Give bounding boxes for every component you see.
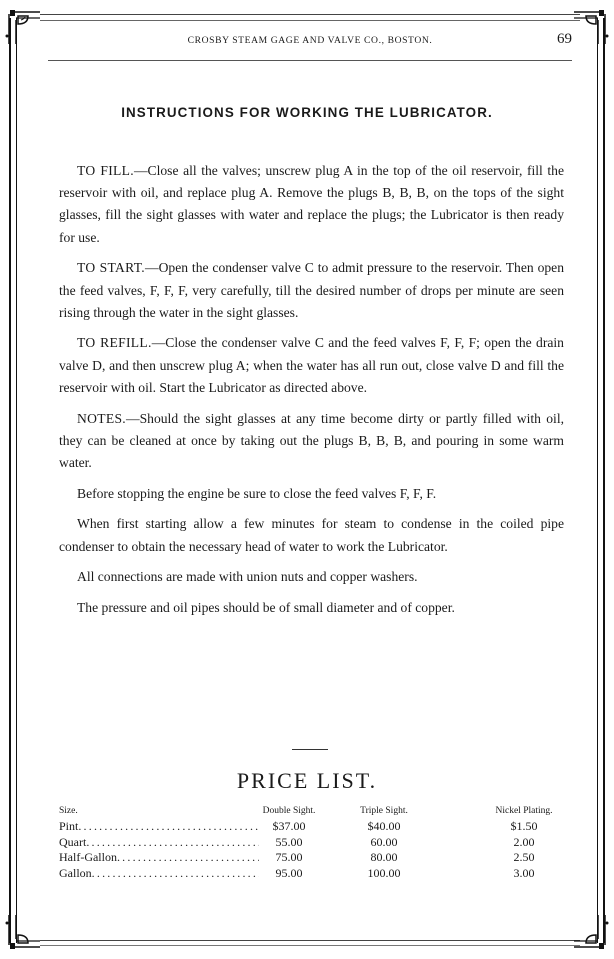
size-cell: Gallon [59, 866, 92, 880]
frame-top-border [40, 14, 580, 15]
frame-bottom-inner-border [40, 940, 580, 941]
corner-ornament-top-left-icon [4, 4, 40, 44]
page-title: INSTRUCTIONS FOR WORKING THE LUBRICATOR. [0, 105, 614, 120]
triple-sight-price: 60.00 [344, 835, 424, 850]
nickel-plating-price: 2.50 [479, 850, 569, 865]
paragraph-lead: TO START. [77, 260, 145, 275]
section-divider [292, 749, 328, 750]
table-row: Gallon..................................… [59, 866, 569, 882]
paragraph-text: The pressure and oil pipes should be of … [77, 600, 455, 615]
corner-ornament-bottom-left-icon [4, 915, 40, 955]
size-cell: Quart [59, 835, 86, 849]
frame-right-border [603, 18, 605, 943]
table-row: Quart...................................… [59, 835, 569, 851]
paragraph-text: When first starting allow a few minutes … [59, 516, 564, 553]
frame-left-inner-border [16, 18, 17, 943]
triple-sight-price: $40.00 [344, 819, 424, 834]
corner-ornament-icon [4, 4, 40, 44]
leader-dots: ........................................… [86, 835, 259, 849]
corner-ornament-icon [4, 915, 40, 955]
nickel-plating-price: 3.00 [479, 866, 569, 881]
header-rule [48, 60, 572, 61]
table-row: Half-Gallon.............................… [59, 850, 569, 866]
frame-bottom-border [40, 945, 580, 946]
paragraph-first-starting: When first starting allow a few minutes … [59, 513, 564, 557]
table-row: Pint....................................… [59, 819, 569, 835]
paragraph-text: Before stopping the engine be sure to cl… [77, 486, 436, 501]
leader-dots: ........................................… [92, 866, 259, 880]
header-triple-sight: Triple Sight. [344, 806, 424, 816]
paragraph-text: All connections are made with union nuts… [77, 569, 418, 584]
price-table: Size. Double Sight. Triple Sight. Nickel… [59, 806, 569, 881]
paragraph-text: —Close all the valves; unscrew plug A in… [59, 163, 564, 245]
double-sight-price: 75.00 [249, 850, 329, 865]
page-number: 69 [557, 31, 572, 48]
double-sight-price: $37.00 [249, 819, 329, 834]
paragraph-lead: NOTES. [77, 411, 126, 426]
paragraph-lead: TO FILL. [77, 163, 134, 178]
header-double-sight: Double Sight. [249, 806, 329, 816]
double-sight-price: 55.00 [249, 835, 329, 850]
leader-dots: ........................................… [78, 819, 259, 833]
paragraph-lead: TO REFILL. [77, 335, 152, 350]
size-cell: Half-Gallon [59, 850, 117, 864]
paragraph-to-refill: TO REFILL.—Close the condenser valve C a… [59, 332, 564, 399]
triple-sight-price: 80.00 [344, 850, 424, 865]
nickel-plating-price: $1.50 [479, 819, 569, 834]
triple-sight-price: 100.00 [344, 866, 424, 881]
leader-dots: ........................................… [117, 850, 259, 864]
frame-left-border [9, 18, 11, 943]
paragraph-to-start: TO START.—Open the condenser valve C to … [59, 257, 564, 324]
running-title: CROSBY STEAM GAGE AND VALVE CO., BOSTON. [40, 35, 580, 46]
corner-ornament-icon [574, 915, 610, 955]
price-table-header: Size. Double Sight. Triple Sight. Nickel… [59, 806, 569, 819]
paragraph-connections: All connections are made with union nuts… [59, 566, 564, 588]
price-list-title: PRICE LIST. [0, 768, 614, 794]
frame-top-inner-border [40, 20, 580, 21]
nickel-plating-price: 2.00 [479, 835, 569, 850]
paragraph-text: —Should the sight glasses at any time be… [59, 411, 564, 470]
paragraph-before-stopping: Before stopping the engine be sure to cl… [59, 483, 564, 505]
header-nickel-plating: Nickel Plating. [479, 806, 569, 816]
double-sight-price: 95.00 [249, 866, 329, 881]
size-cell: Pint [59, 819, 78, 833]
paragraph-notes: NOTES.—Should the sight glasses at any t… [59, 408, 564, 475]
paragraph-to-fill: TO FILL.—Close all the valves; unscrew p… [59, 160, 564, 249]
corner-ornament-bottom-right-icon [574, 915, 610, 955]
running-header: CROSBY STEAM GAGE AND VALVE CO., BOSTON.… [40, 33, 580, 49]
instructions-body: TO FILL.—Close all the valves; unscrew p… [59, 160, 564, 628]
paragraph-pipes: The pressure and oil pipes should be of … [59, 597, 564, 619]
frame-right-inner-border [597, 18, 598, 943]
header-size: Size. [59, 806, 259, 816]
